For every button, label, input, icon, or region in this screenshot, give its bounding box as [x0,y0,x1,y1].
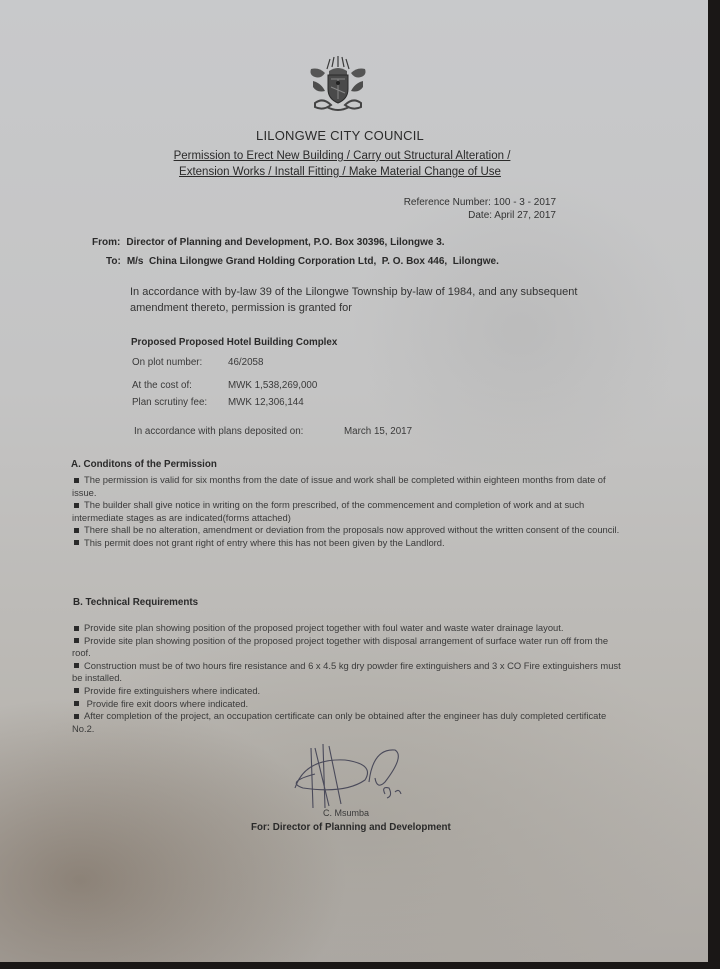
condition-item: There shall be no alteration, amendment … [72,524,624,537]
reference-number-label: Reference Number: [404,197,491,208]
condition-item: The builder shall give notice in writing… [72,499,624,524]
plans-deposited-row: In accordance with plans deposited on: M… [134,426,303,437]
to-value: M/s China Lilongwe Grand Holding Corpora… [127,256,499,267]
bullet-square-icon [74,714,79,719]
bullet-square-icon [74,626,79,631]
bullet-square-icon [74,688,79,693]
issue-date-value: April 27, 2017 [494,210,556,221]
bullet-square-icon [74,663,79,668]
from-value: Director of Planning and Development, P.… [126,237,444,248]
project-title: Proposed Proposed Hotel Building Complex [131,337,337,348]
permit-title-line-1: Permission to Erect New Building / Carry… [2,150,682,162]
section-b-title: B. Technical Requirements [73,597,198,608]
bullet-square-icon [74,701,79,706]
requirement-item: Provide fire extinguishers where indicat… [72,685,624,698]
from-line: From:Director of Planning and Developmen… [92,237,445,248]
section-a-conditions: The permission is valid for six months f… [72,474,624,550]
requirement-item: Provide site plan showing position of th… [72,635,624,660]
requirement-item: Provide fire exit doors where indicated. [72,698,624,711]
cost-value: MWK 1,538,269,000 [228,380,317,391]
condition-item: This permit does not grant right of entr… [72,537,624,550]
issue-date: Date: April 27, 2017 [468,210,556,221]
bullet-square-icon [74,528,79,533]
bullet-square-icon [74,478,79,483]
issue-date-label: Date: [468,210,492,221]
reference-number: Reference Number: 100 - 3 - 2017 [404,197,556,208]
requirement-item: Provide site plan showing position of th… [72,622,624,635]
requirement-item: Construction must be of two hours fire r… [72,660,624,685]
requirement-item: After completion of the project, an occu… [72,710,624,735]
bullet-square-icon [74,540,79,545]
organization-name: LILONGWE CITY COUNCIL [0,128,680,143]
handwritten-signature-icon [285,738,425,818]
reference-number-value: 100 - 3 - 2017 [494,197,556,208]
plot-number-label: On plot number: [132,357,202,368]
signatory-title: For: Director of Planning and Developmen… [251,822,451,833]
scrutiny-fee-label: Plan scrutiny fee: [132,397,207,408]
permit-title-line-2: Extension Works / Install Fitting / Make… [0,166,680,178]
section-a-title: A. Conditons of the Permission [71,459,217,470]
to-label: To: [106,256,121,267]
from-label: From: [92,237,120,248]
intro-paragraph: In accordance with by-law 39 of the Lilo… [130,285,600,316]
plans-deposited-date: March 15, 2017 [344,426,412,437]
signatory-name: C. Msumba [323,808,369,818]
bullet-square-icon [74,638,79,643]
scrutiny-fee-value: MWK 12,306,144 [228,397,304,408]
plans-deposited-label: In accordance with plans deposited on: [134,426,303,437]
permit-document: LILONGWE CITY COUNCIL Permission to Erec… [0,0,708,962]
section-b-requirements: Provide site plan showing position of th… [72,622,624,735]
coat-of-arms-icon [303,55,373,115]
plot-number-value: 46/2058 [228,357,263,368]
to-line: To:M/s China Lilongwe Grand Holding Corp… [106,256,499,267]
bullet-square-icon [74,503,79,508]
condition-item: The permission is valid for six months f… [72,474,624,499]
cost-label: At the cost of: [132,380,192,391]
